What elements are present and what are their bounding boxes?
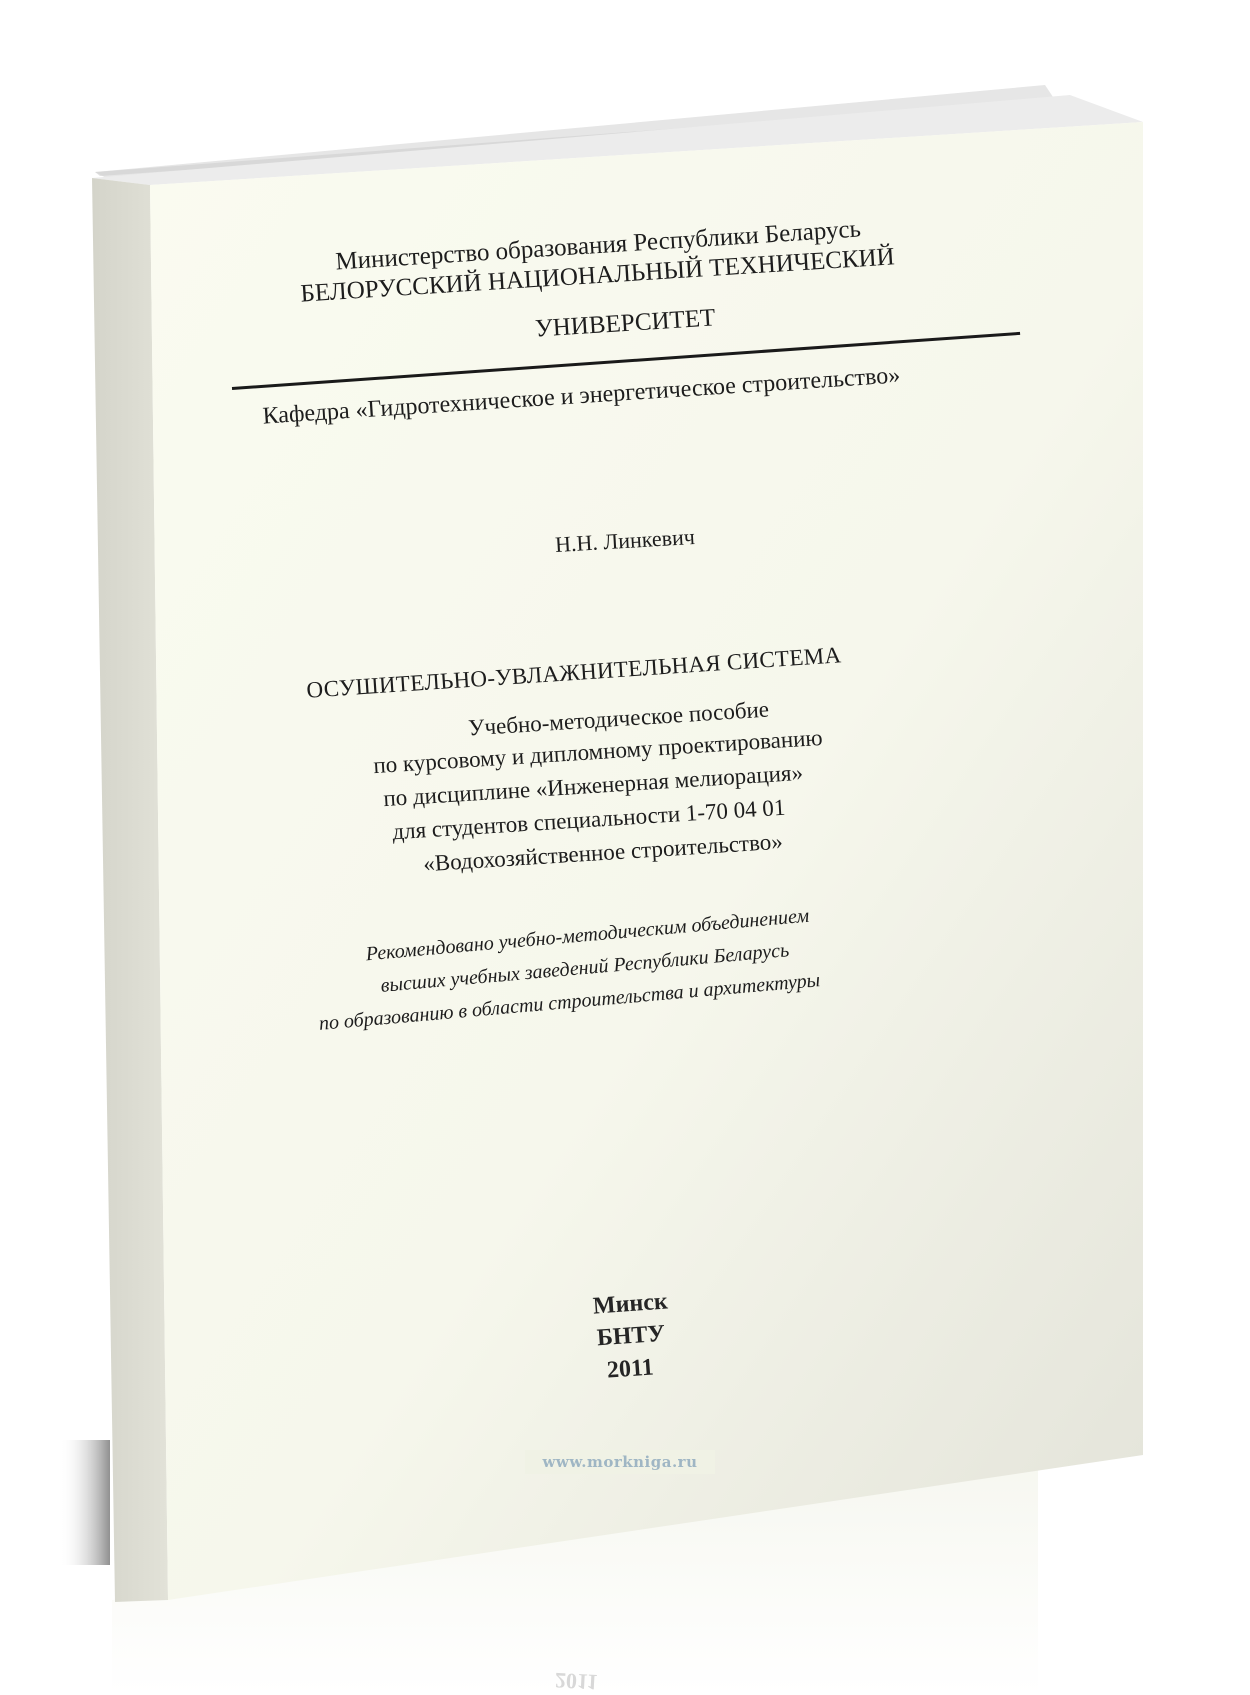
front-cover bbox=[150, 122, 1143, 1600]
product-image: Министерство образования Республики Бела… bbox=[0, 0, 1250, 1695]
cast-shadow bbox=[60, 1440, 110, 1565]
book-mockup bbox=[0, 0, 1250, 1695]
